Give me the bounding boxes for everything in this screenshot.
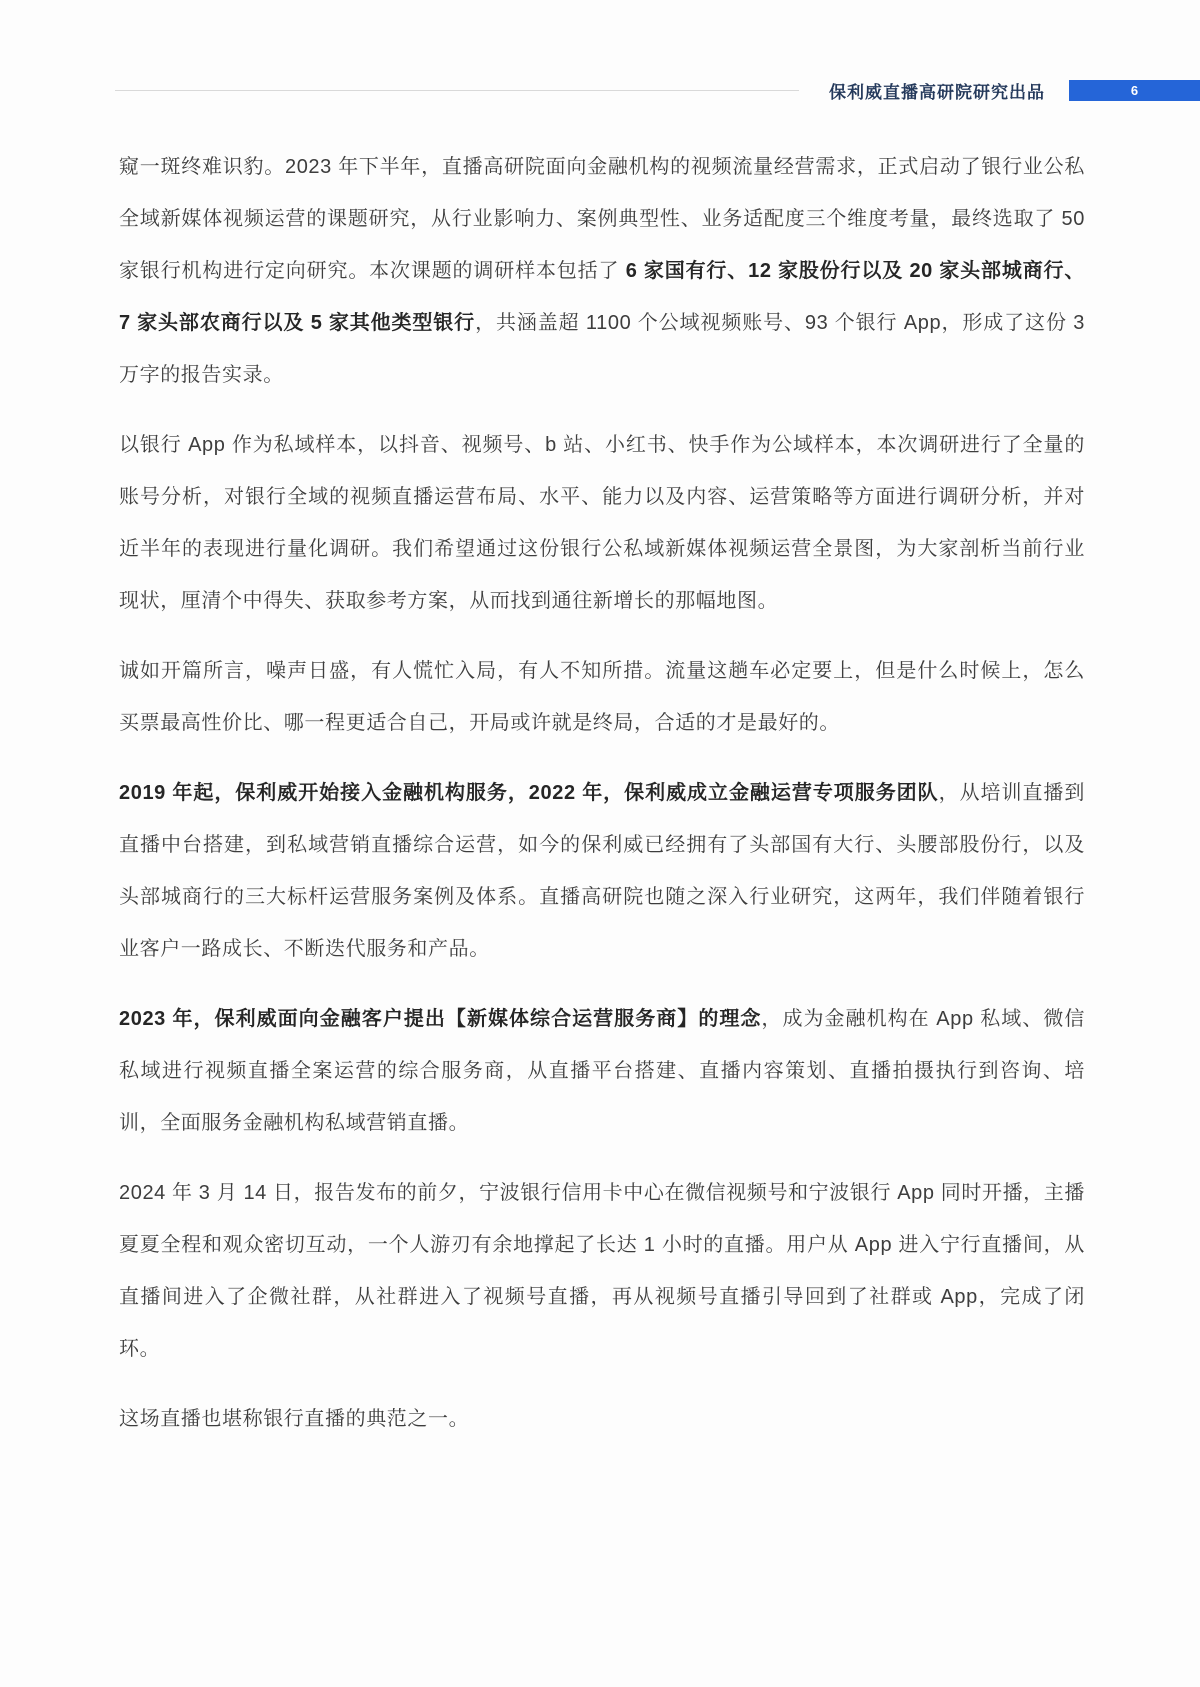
paragraph-text-bold: 2019 年起，保利威开始接入金融机构服务，2022 年，保利威成立金融运营专项…: [119, 782, 939, 804]
paragraph-text-bold: 2023 年，保利威面向金融客户提出【新媒体综合运营服务商】的理念: [119, 1008, 761, 1030]
report-page: 保利威直播高研院研究出品 6 窥一斑终难识豹。2023 年下半年，直播高研院面向…: [0, 0, 1200, 1687]
paragraph: 这场直播也堪称银行直播的典范之一。: [119, 1393, 1085, 1445]
header-divider: [115, 90, 799, 91]
paragraph: 以银行 App 作为私域样本，以抖音、视频号、b 站、小红书、快手作为公域样本，…: [119, 419, 1085, 627]
paragraph-text: 诚如开篇所言，噪声日盛，有人慌忙入局，有人不知所措。流量这趟车必定要上，但是什么…: [119, 660, 1085, 734]
paragraph: 诚如开篇所言，噪声日盛，有人慌忙入局，有人不知所措。流量这趟车必定要上，但是什么…: [119, 645, 1085, 749]
paragraph-text: 2024 年 3 月 14 日，报告发布的前夕，宁波银行信用卡中心在微信视频号和…: [119, 1182, 1085, 1360]
paragraph-text: 这场直播也堪称银行直播的典范之一。: [119, 1408, 469, 1430]
header-credit-label: 保利威直播高研院研究出品: [829, 78, 1045, 103]
document-body: 窥一斑终难识豹。2023 年下半年，直播高研院面向金融机构的视频流量经营需求，正…: [0, 103, 1200, 1445]
paragraph: 2019 年起，保利威开始接入金融机构服务，2022 年，保利威成立金融运营专项…: [119, 767, 1085, 975]
page-number-badge: 6: [1069, 80, 1200, 101]
paragraph: 2024 年 3 月 14 日，报告发布的前夕，宁波银行信用卡中心在微信视频号和…: [119, 1167, 1085, 1375]
paragraph-text: 以银行 App 作为私域样本，以抖音、视频号、b 站、小红书、快手作为公域样本，…: [119, 434, 1085, 612]
paragraph-text: ，从培训直播到直播中台搭建，到私域营销直播综合运营，如今的保利威已经拥有了头部国…: [119, 782, 1085, 960]
paragraph: 窥一斑终难识豹。2023 年下半年，直播高研院面向金融机构的视频流量经营需求，正…: [119, 141, 1085, 401]
paragraph: 2023 年，保利威面向金融客户提出【新媒体综合运营服务商】的理念，成为金融机构…: [119, 993, 1085, 1149]
page-header: 保利威直播高研院研究出品 6: [0, 0, 1200, 103]
